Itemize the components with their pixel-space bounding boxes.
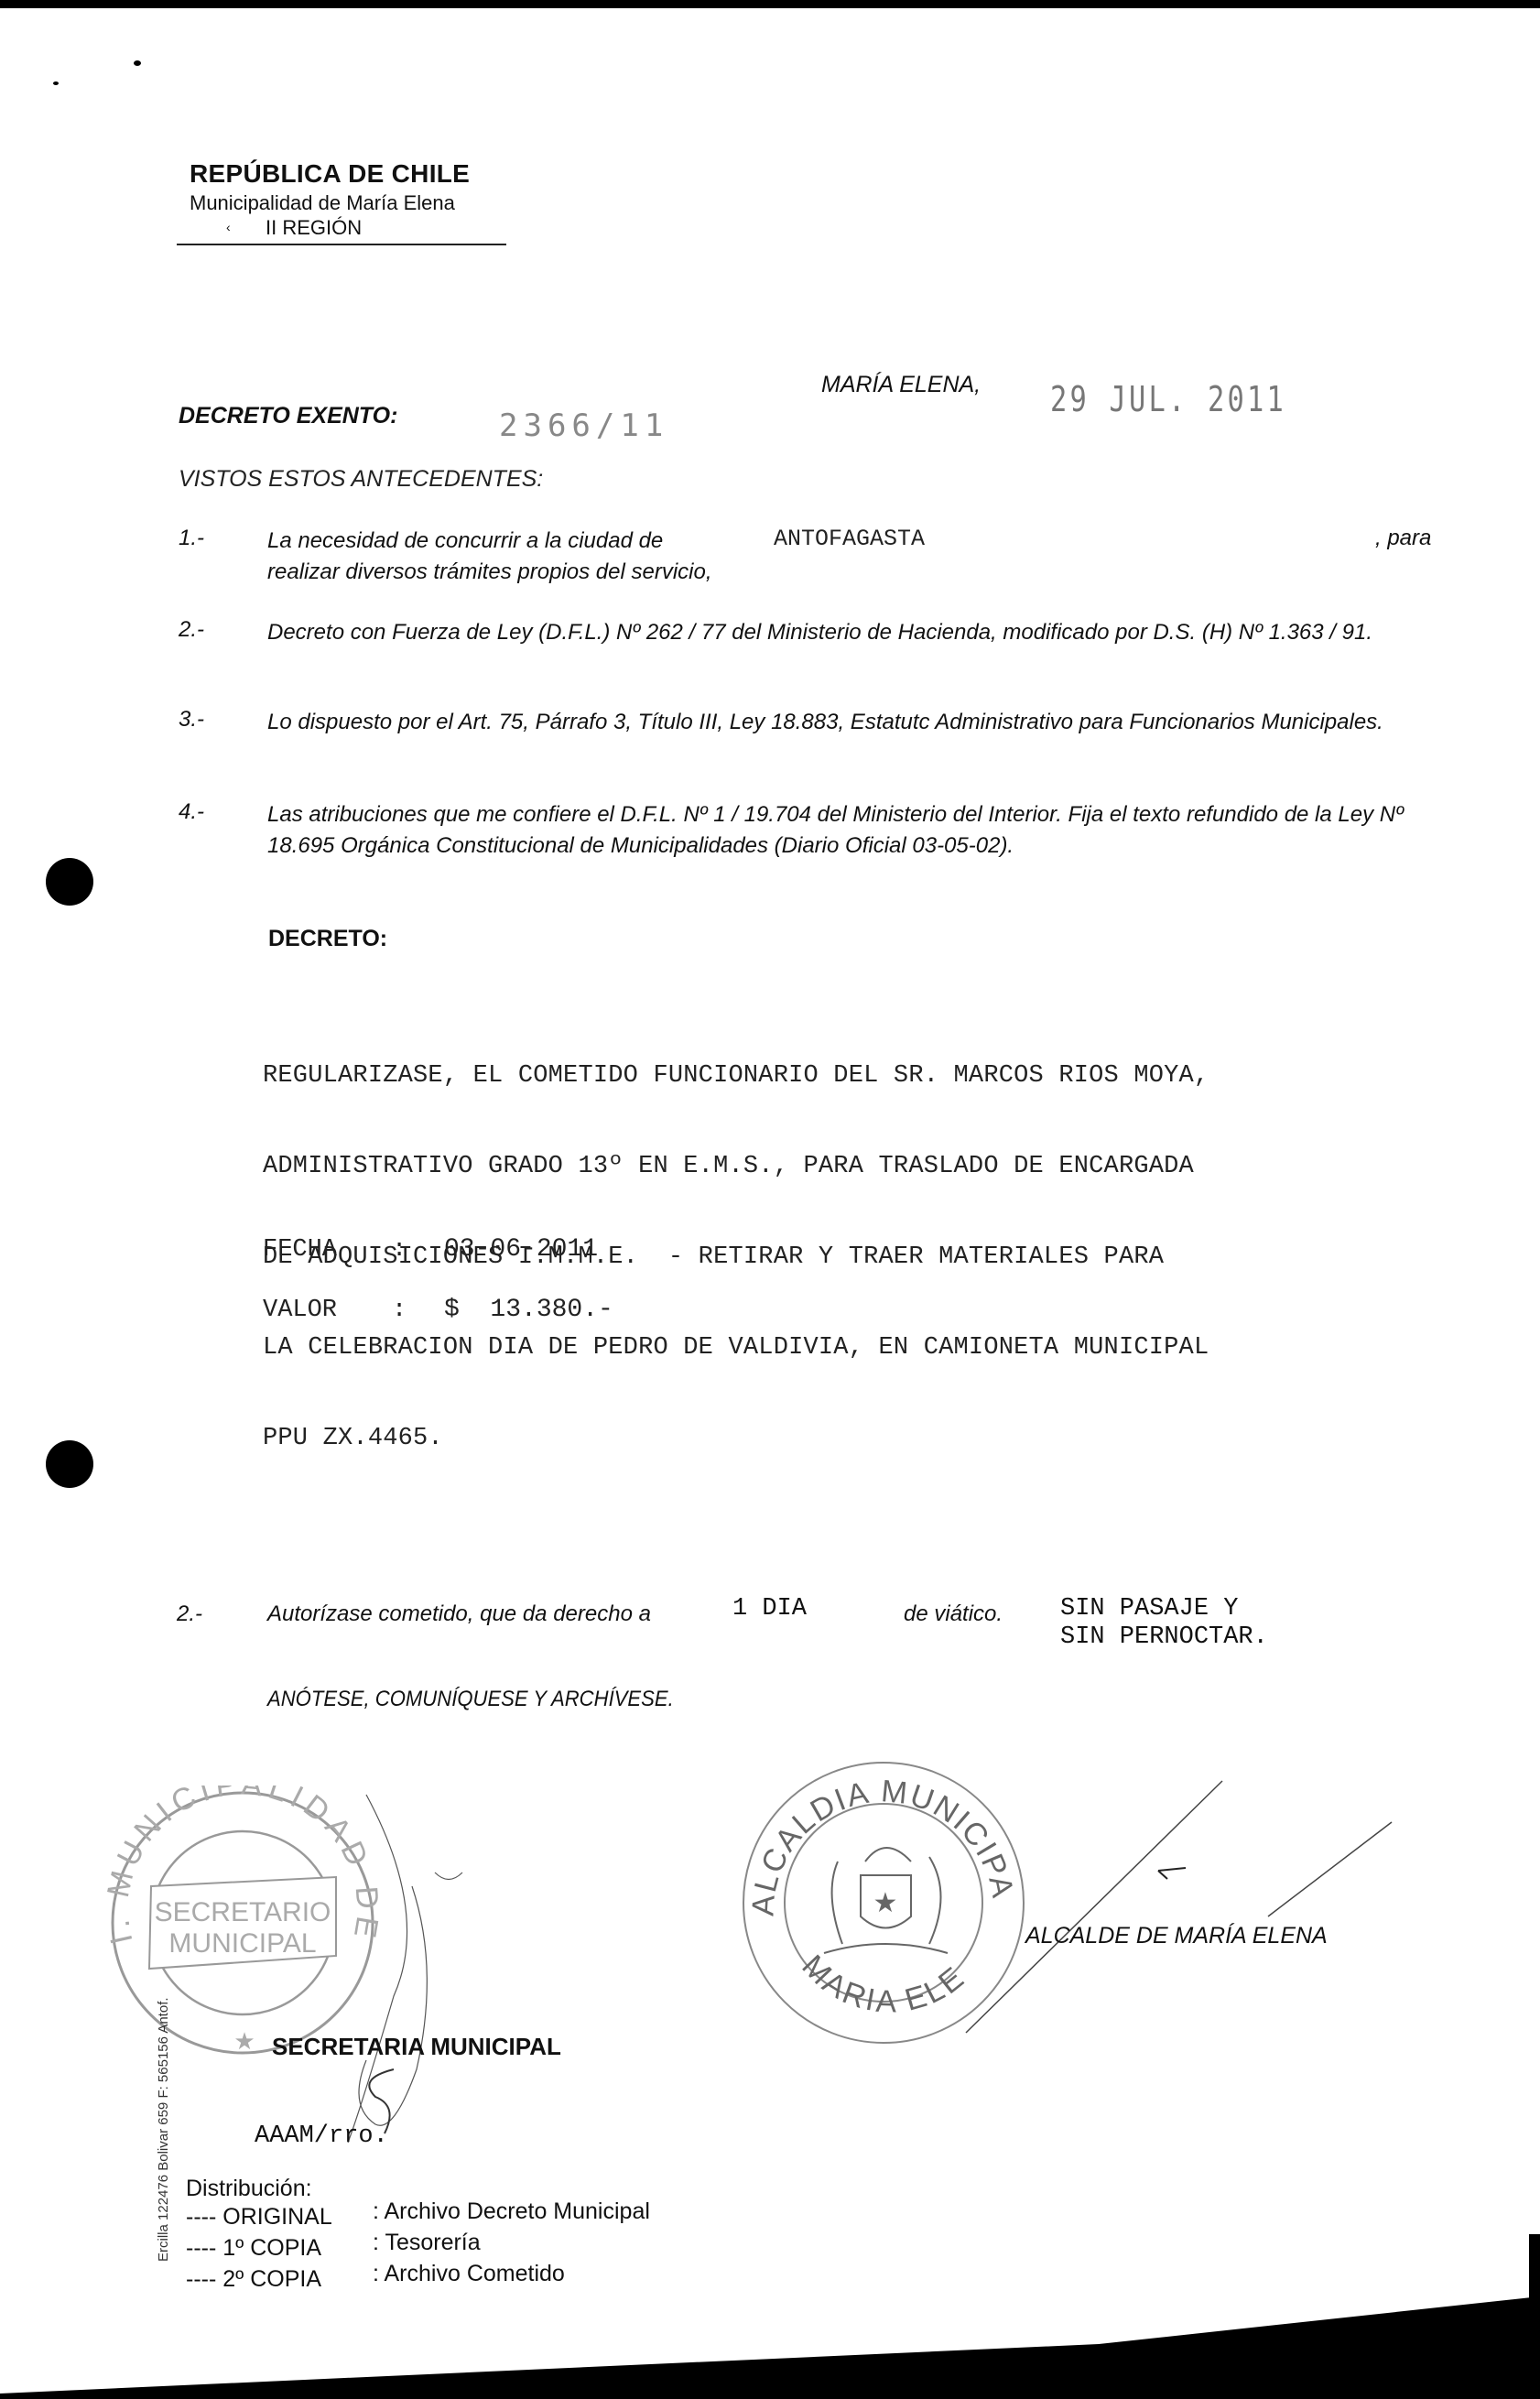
secretary-signature-title: SECRETARIA MUNICIPAL xyxy=(272,2033,561,2061)
distribution-copy: ---- 1º COPIA xyxy=(186,2235,321,2262)
distribution-destination: : Tesorería xyxy=(373,2230,481,2256)
mayor-signature-title: ALCALDE DE MARÍA ELENA xyxy=(1025,1923,1328,1949)
distribution-title: Distribución: xyxy=(186,2176,312,2202)
distribution-copy: ---- ORIGINAL xyxy=(186,2204,332,2231)
printer-address-imprint: Ercilla 122476 Bolivar 659 F: 565156 Ant… xyxy=(156,1997,171,2262)
distribution-destination: : Archivo Cometido xyxy=(373,2261,565,2287)
distribution-copy: ---- 2º COPIA xyxy=(186,2266,321,2293)
signature-strokes xyxy=(0,0,1540,2399)
distribution-destination: : Archivo Decreto Municipal xyxy=(373,2198,650,2225)
typist-initials: AAAM/rro. xyxy=(255,2122,388,2150)
